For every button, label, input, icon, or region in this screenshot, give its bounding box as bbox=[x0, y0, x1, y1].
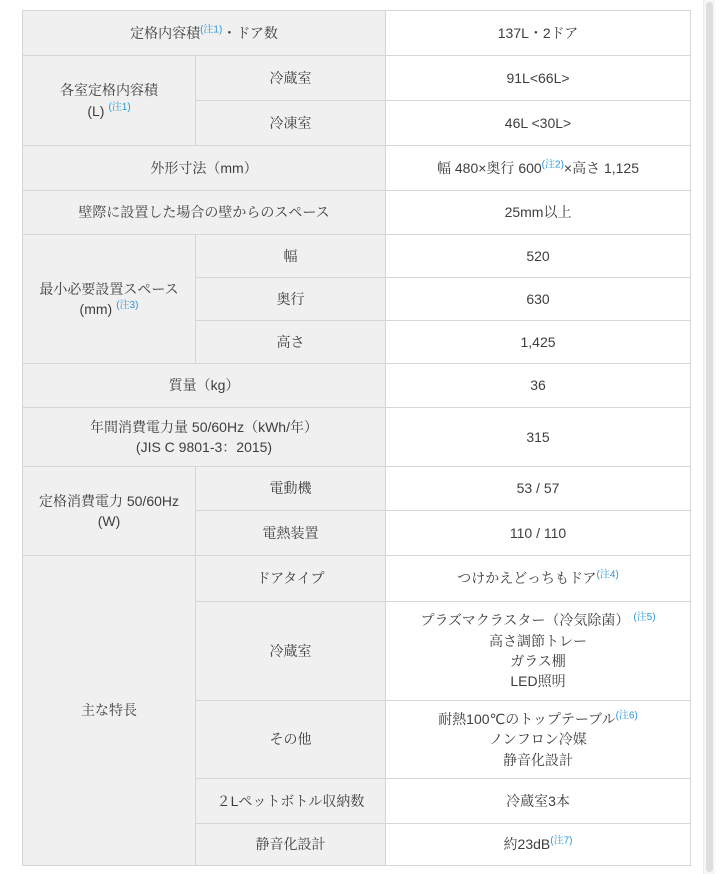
rated-power-label: 定格消費電力 50/60Hz (W) bbox=[23, 467, 196, 556]
room-capacity-fridge-sublabel: 冷蔵室 bbox=[196, 56, 386, 101]
feature-fridge-room-sublabel: 冷蔵室 bbox=[196, 602, 386, 701]
wall-space-label: 壁際に設置した場合の壁からのスペース bbox=[23, 191, 386, 235]
feature-other-sublabel: その他 bbox=[196, 701, 386, 779]
min-space-label-line2: (mm)(注3) bbox=[31, 299, 187, 319]
table-row-annual-power: 年間消費電力量 50/60Hz（kWh/年） (JIS C 9801-3：201… bbox=[23, 408, 691, 467]
table-row-room-capacity-fridge: 各室定格内容積 (L)(注1) 冷蔵室 91L<66L> bbox=[23, 56, 691, 101]
feature-fridge-room-line4: LED照明 bbox=[394, 671, 682, 691]
rated-power-label-line2: (W) bbox=[31, 511, 187, 531]
feature-door-type-value: つけかえどっちもドア(注4) bbox=[386, 556, 691, 602]
feature-door-type-sublabel: ドアタイプ bbox=[196, 556, 386, 602]
table-row-rated-power-motor: 定格消費電力 50/60Hz (W) 電動機 53 / 57 bbox=[23, 467, 691, 511]
feature-fridge-room-line1-text: プラズマクラスター（冷気除菌） bbox=[420, 612, 629, 628]
features-label: 主な特長 bbox=[23, 556, 196, 866]
room-capacity-freezer-sublabel: 冷凍室 bbox=[196, 101, 386, 146]
annual-power-label-line1: 年間消費電力量 50/60Hz（kWh/年） bbox=[31, 417, 377, 437]
capacity-label: 定格内容積(注1)・ドア数 bbox=[23, 11, 386, 56]
room-capacity-fridge-value: 91L<66L> bbox=[386, 56, 691, 101]
min-space-height-sublabel: 高さ bbox=[196, 321, 386, 364]
table-row-dimensions: 外形寸法（mm） 幅 480×奥行 600(注2)×高さ 1,125 bbox=[23, 146, 691, 191]
min-space-height-value: 1,425 bbox=[386, 321, 691, 364]
feature-pet-bottles-value: 冷蔵室3本 bbox=[386, 779, 691, 824]
rated-power-motor-sublabel: 電動機 bbox=[196, 467, 386, 511]
note-link-4[interactable]: (注4) bbox=[597, 570, 619, 581]
min-space-label-line1: 最小必要設置スペース bbox=[31, 279, 187, 299]
feature-other-line1-text: 耐熱100℃のトップテーブル bbox=[438, 711, 615, 727]
feature-other-line3: 静音化設計 bbox=[394, 750, 682, 770]
table-row-weight: 質量（kg） 36 bbox=[23, 364, 691, 408]
spec-table: 定格内容積(注1)・ドア数 137L・2ドア 各室定格内容積 (L)(注1) 冷… bbox=[22, 10, 691, 866]
min-space-unit: (mm) bbox=[80, 301, 113, 317]
dimensions-label: 外形寸法（mm） bbox=[23, 146, 386, 191]
feature-other-value: 耐熱100℃のトップテーブル(注6) ノンフロン冷媒 静音化設計 bbox=[386, 701, 691, 779]
min-space-width-sublabel: 幅 bbox=[196, 235, 386, 278]
feature-pet-bottles-sublabel: ２Lペットボトル収納数 bbox=[196, 779, 386, 824]
feature-other-line2: ノンフロン冷媒 bbox=[394, 729, 682, 749]
note-link-2[interactable]: (注2) bbox=[542, 159, 564, 170]
note-link-1b[interactable]: (注1) bbox=[108, 102, 130, 113]
rated-power-heater-sublabel: 電熱装置 bbox=[196, 511, 386, 556]
table-row-wall-space: 壁際に設置した場合の壁からのスペース 25mm以上 bbox=[23, 191, 691, 235]
room-capacity-unit: (L) bbox=[87, 103, 104, 119]
feature-fridge-room-line2: 高さ調節トレー bbox=[394, 631, 682, 651]
table-row-capacity: 定格内容積(注1)・ドア数 137L・2ドア bbox=[23, 11, 691, 56]
table-row-feature-door-type: 主な特長 ドアタイプ つけかえどっちもドア(注4) bbox=[23, 556, 691, 602]
feature-fridge-room-line1: プラズマクラスター（冷気除菌）(注5) bbox=[394, 610, 682, 630]
room-capacity-label: 各室定格内容積 (L)(注1) bbox=[23, 56, 196, 146]
feature-fridge-room-line3: ガラス棚 bbox=[394, 651, 682, 671]
rated-power-motor-value: 53 / 57 bbox=[386, 467, 691, 511]
min-space-depth-value: 630 bbox=[386, 278, 691, 321]
note-link-1[interactable]: (注1) bbox=[200, 24, 222, 35]
note-link-6[interactable]: (注6) bbox=[616, 710, 638, 721]
feature-door-type-text: つけかえどっちもドア bbox=[457, 570, 596, 586]
min-space-width-value: 520 bbox=[386, 235, 691, 278]
note-link-5[interactable]: (注5) bbox=[633, 612, 655, 623]
capacity-value: 137L・2ドア bbox=[386, 11, 691, 56]
min-space-depth-sublabel: 奥行 bbox=[196, 278, 386, 321]
scrollbar-thumb[interactable] bbox=[706, 2, 713, 872]
table-row-min-space-width: 最小必要設置スペース (mm)(注3) 幅 520 bbox=[23, 235, 691, 278]
feature-quiet-value: 約23dB(注7) bbox=[386, 824, 691, 866]
dimensions-value: 幅 480×奥行 600(注2)×高さ 1,125 bbox=[386, 146, 691, 191]
wall-space-value: 25mm以上 bbox=[386, 191, 691, 235]
feature-other-line1: 耐熱100℃のトップテーブル(注6) bbox=[394, 709, 682, 729]
feature-quiet-sublabel: 静音化設計 bbox=[196, 824, 386, 866]
feature-quiet-text: 約23dB bbox=[504, 836, 551, 852]
annual-power-value: 315 bbox=[386, 408, 691, 467]
annual-power-label: 年間消費電力量 50/60Hz（kWh/年） (JIS C 9801-3：201… bbox=[23, 408, 386, 467]
capacity-label-tail: ・ドア数 bbox=[222, 25, 278, 41]
capacity-label-text: 定格内容積 bbox=[130, 25, 200, 41]
dimensions-value-pre: 幅 480×奥行 600 bbox=[437, 160, 542, 176]
room-capacity-label-line1: 各室定格内容積 bbox=[31, 80, 187, 100]
min-space-label: 最小必要設置スペース (mm)(注3) bbox=[23, 235, 196, 364]
note-link-7[interactable]: (注7) bbox=[550, 836, 572, 847]
rated-power-label-line1: 定格消費電力 50/60Hz bbox=[31, 491, 187, 511]
note-link-3[interactable]: (注3) bbox=[116, 300, 138, 311]
weight-value: 36 bbox=[386, 364, 691, 408]
weight-label: 質量（kg） bbox=[23, 364, 386, 408]
feature-fridge-room-value: プラズマクラスター（冷気除菌）(注5) 高さ調節トレー ガラス棚 LED照明 bbox=[386, 602, 691, 701]
room-capacity-freezer-value: 46L <30L> bbox=[386, 101, 691, 146]
annual-power-label-line2: (JIS C 9801-3：2015) bbox=[31, 437, 377, 457]
room-capacity-label-line2: (L)(注1) bbox=[31, 101, 187, 121]
rated-power-heater-value: 110 / 110 bbox=[386, 511, 691, 556]
dimensions-value-post: ×高さ 1,125 bbox=[564, 160, 639, 176]
